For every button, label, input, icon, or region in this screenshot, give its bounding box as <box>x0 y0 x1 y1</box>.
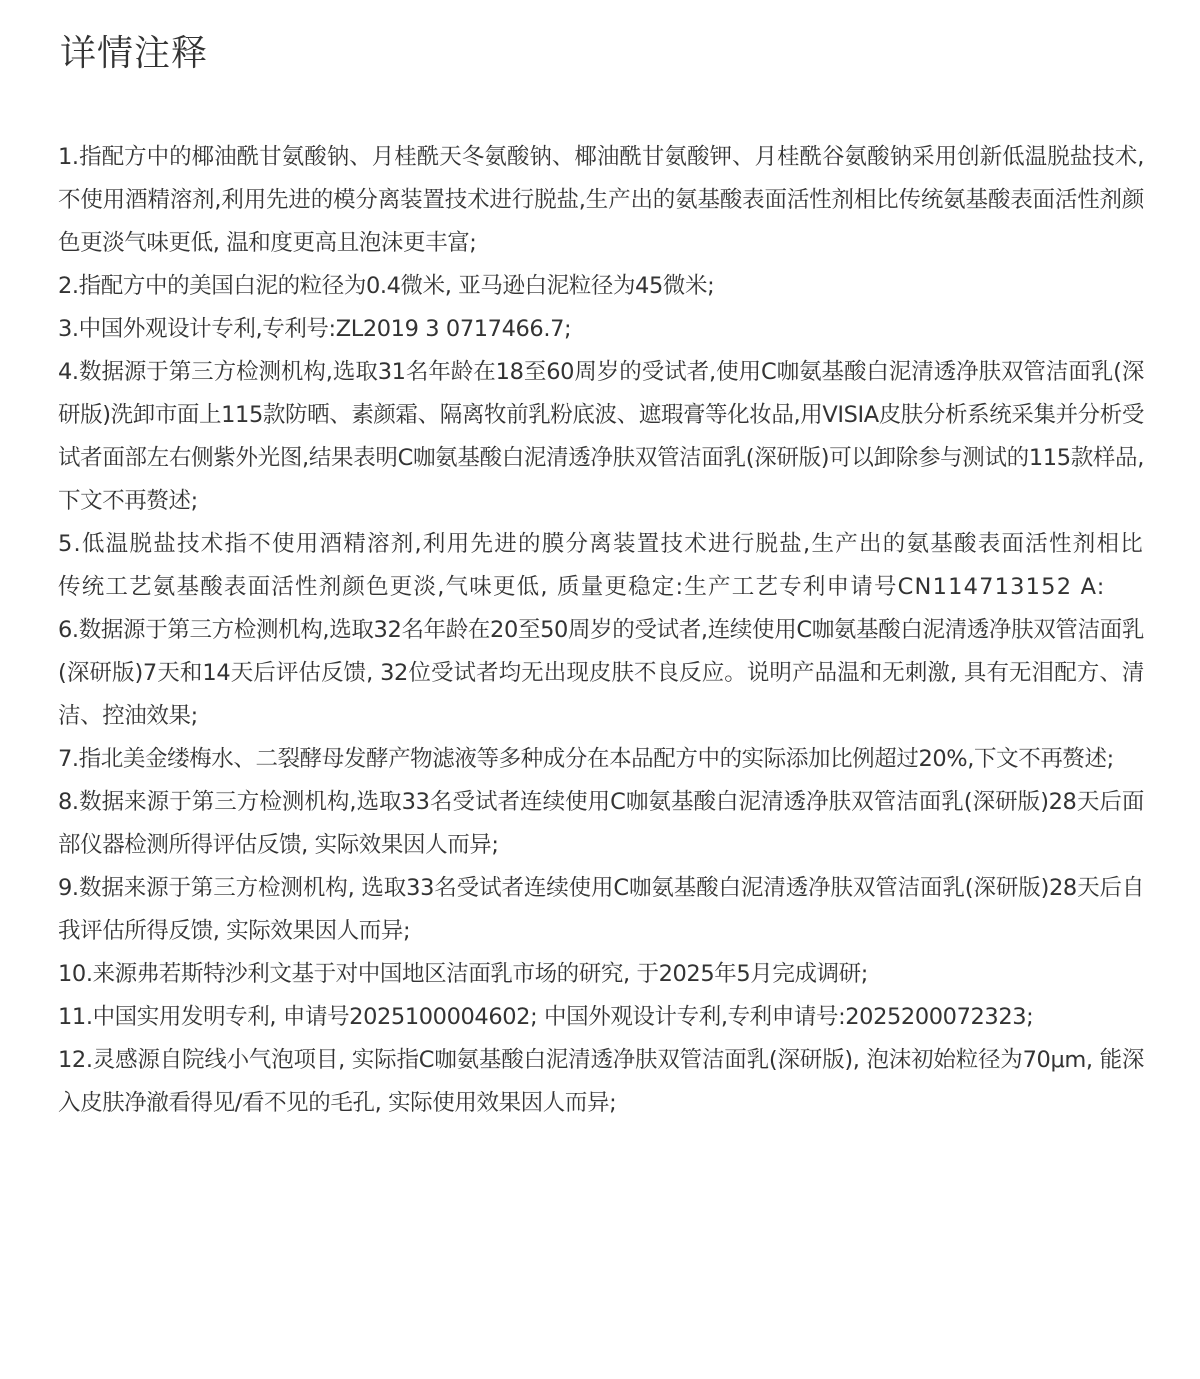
detail-notes-page: 详情注释 1.指配方中的椰油酰甘氨酸钠、月桂酰天冬氨酸钠、椰油酰甘氨酸钾、月桂酰… <box>0 0 1200 1379</box>
note-item-11: 11.中国实用发明专利, 申请号2025100004602; 中国外观设计专利,… <box>58 996 1144 1039</box>
note-item-10: 10.来源弗若斯特沙利文基于对中国地区洁面乳市场的研究, 于2025年5月完成调… <box>58 953 1144 996</box>
note-item-4: 4.数据源于第三方检测机构,选取31名年龄在18至60周岁的受试者,使用C咖氨基… <box>58 351 1144 523</box>
page-title: 详情注释 <box>60 30 208 78</box>
note-item-5: 5.低温脱盐技术指不使用酒精溶剂,利用先进的膜分离装置技术进行脱盐,生产出的氨基… <box>58 523 1144 609</box>
note-item-12: 12.灵感源自院线小气泡项目, 实际指C咖氨基酸白泥清透净肤双管洁面乳(深研版)… <box>58 1039 1144 1125</box>
note-item-9: 9.数据来源于第三方检测机构, 选取33名受试者连续使用C咖氨基酸白泥清透净肤双… <box>58 867 1144 953</box>
note-item-1: 1.指配方中的椰油酰甘氨酸钠、月桂酰天冬氨酸钠、椰油酰甘氨酸钾、月桂酰谷氨酸钠采… <box>58 136 1144 265</box>
note-item-3: 3.中国外观设计专利,专利号:ZL2019 3 0717466.7; <box>58 308 1144 351</box>
note-item-2: 2.指配方中的美国白泥的粒径为0.4微米, 亚马逊白泥粒径为45微米; <box>58 265 1144 308</box>
note-item-7: 7.指北美金缕梅水、二裂酵母发酵产物滤液等多种成分在本品配方中的实际添加比例超过… <box>58 738 1144 781</box>
notes-list: 1.指配方中的椰油酰甘氨酸钠、月桂酰天冬氨酸钠、椰油酰甘氨酸钾、月桂酰谷氨酸钠采… <box>58 136 1144 1125</box>
note-item-6: 6.数据源于第三方检测机构,选取32名年龄在20至50周岁的受试者,连续使用C咖… <box>58 609 1144 738</box>
note-item-8: 8.数据来源于第三方检测机构,选取33名受试者连续使用C咖氨基酸白泥清透净肤双管… <box>58 781 1144 867</box>
